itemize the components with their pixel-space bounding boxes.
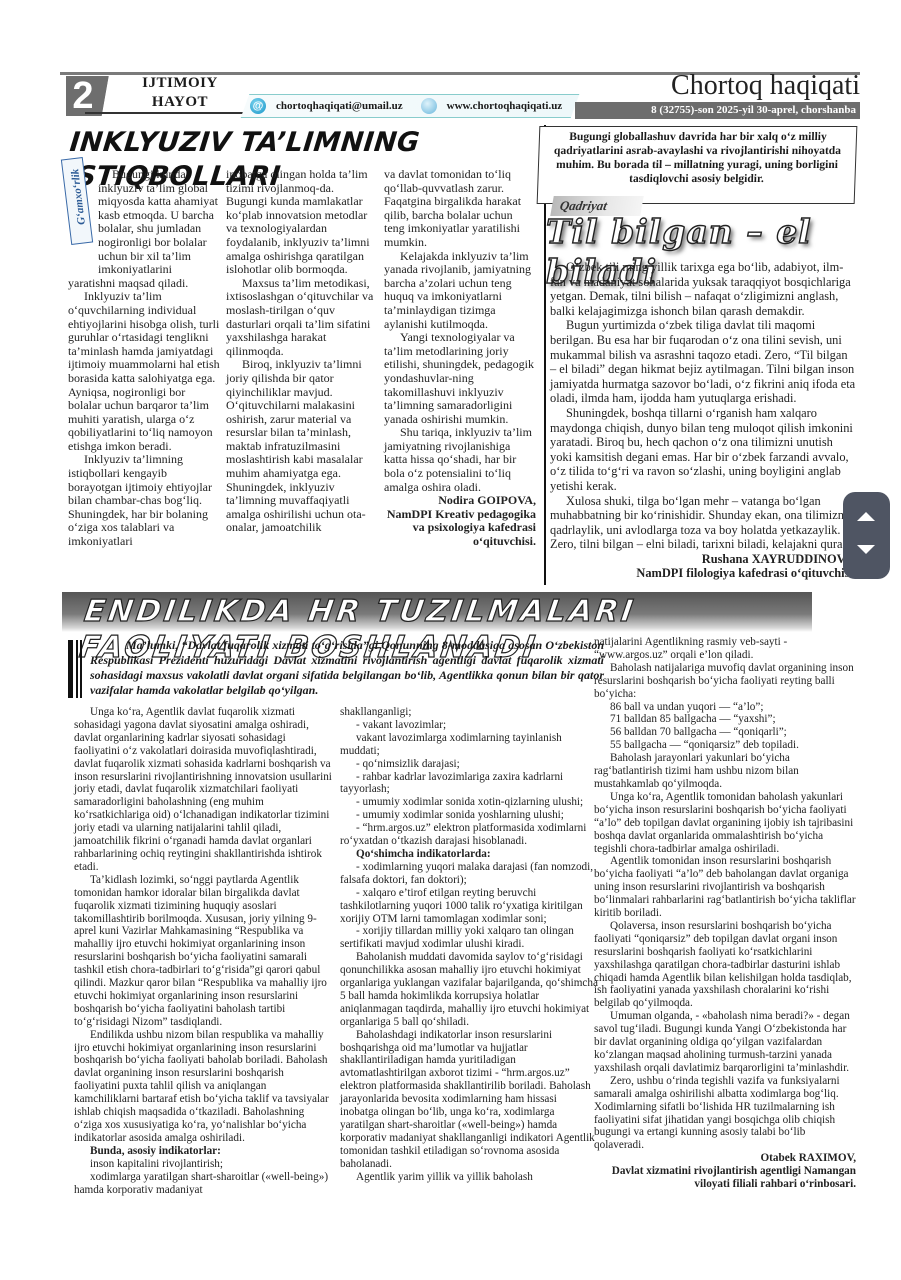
article2-para: Xulosa shuki, tilga bo‘lgan mehr – vatan… (550, 494, 856, 552)
rating-item: 86 ball va undan yuqori — “a’lo”; (594, 701, 856, 714)
website-link[interactable]: www.chortoqhaqiqati.uz (447, 100, 563, 112)
article1-para: Shu tariqa, inklyuziv ta’lim jamiyatning… (384, 426, 536, 494)
article1-para: inobatga olingan holda ta’lim tizimi riv… (226, 168, 378, 277)
article1-para: Yangi texnologiyalar va ta’lim metodlari… (384, 331, 536, 426)
email-link[interactable]: chortoqhaqiqati@umail.uz (276, 100, 403, 112)
article3-para: Baholanish muddati davomida saylov to‘g‘… (340, 951, 598, 1028)
article3-subheading: Qo‘shimcha indikatorlarda: (340, 848, 598, 861)
article3-list-item: - umumiy xodimlar sonida xotin-qizlarnin… (340, 796, 598, 809)
article3-col3: natijalarini Agentlikning rasmiy veb-say… (594, 636, 856, 1191)
article1-para: Inklyuziv ta’limning istiqbollari kengay… (68, 453, 220, 548)
article3-para: Unga ko‘ra, Agentlik davlat fuqarolik xi… (74, 706, 332, 874)
article3-col2: shakllanganligi; - vakant lavozimlar; va… (340, 706, 598, 1184)
article1-para: Bugungi kunda inklyuziv ta’lim global mi… (68, 168, 220, 290)
article1-para: Biroq, inklyuziv ta’limni joriy qilishda… (226, 358, 378, 535)
globe-icon (421, 98, 437, 114)
article3-para: natijalarini Agentlikning rasmiy veb-say… (594, 636, 856, 662)
article1-col3: va davlat tomonidan to‘liq qo‘llab-quvva… (384, 168, 536, 549)
article3-list-item: - xalqaro e’tirof etilgan reyting beruvc… (340, 887, 598, 926)
section-line-2: HAYOT (130, 93, 230, 112)
article3-list-item: vakant lavozimlarga xodimlarning tayinla… (340, 732, 598, 758)
article3-intro: Ma’lumki, “Davlat fuqarolik xizmati to‘g… (90, 638, 604, 698)
article3-para: Agentlik yarim yillik va yillik baholash (340, 1171, 598, 1184)
issue-info: 8 (32755)-son 2025-yil 30-aprel, chorsha… (575, 102, 860, 119)
section-line-1: IJTIMOIY (130, 74, 230, 93)
article3-list-item: - xorijiy tillardan milliy yoki xalqaro … (340, 925, 598, 951)
article3-author: Otabek RAXIMOV, (594, 1152, 856, 1165)
article3-list-item: - qo‘nimsizlik darajasi; (340, 758, 598, 771)
article3-list-item: xodimlarga yaratilgan shart-sharoitlar (… (74, 1171, 332, 1197)
article3-list-item: - xodimlarning yuqori malaka darajasi (f… (340, 861, 598, 887)
section-underline (85, 112, 245, 114)
article1-col2: inobatga olingan holda ta’lim tizimi riv… (226, 168, 378, 535)
article3-para: Baholash natijalariga muvofiq davlat org… (594, 662, 856, 701)
article3-subheading: Bunda, asosiy indikatorlar: (74, 1145, 332, 1158)
page-number: 2 (66, 76, 100, 116)
article2-lead: Bugungi globallashuv davrida har bir xal… (537, 126, 858, 204)
article2-author: Rushana XAYRUDDINOVA, (550, 552, 856, 567)
at-icon: @ (250, 98, 266, 114)
article3-para: Baholashdagi indikatorlar inson resursla… (340, 1029, 598, 1171)
article3-author-position: Davlat xizmatini rivojlantirish agentlig… (594, 1165, 856, 1191)
rating-item: 55 ballgacha — “qoniqarsiz” deb topiladi… (594, 739, 856, 752)
article3-list-item: - vakant lavozimlar; (340, 719, 598, 732)
article3-para: Baholash jarayonlari yakunlari bo‘yicha … (594, 752, 856, 791)
article2-author-position: NamDPI filologiya kafedrasi o‘qituvchisi… (550, 566, 856, 581)
section-name: IJTIMOIY HAYOT (130, 74, 230, 112)
decorative-bars (68, 640, 82, 698)
article3-para: Umuman olganda, - «baholash nima beradi?… (594, 1010, 856, 1075)
rating-item: 56 balldan 70 ballgacha — “qoniqarli”; (594, 726, 856, 739)
article2-para: Shuningdek, boshqa tillarni o‘rganish ha… (550, 406, 856, 494)
article1-para: Inklyuziv ta’lim o‘quvchilarning individ… (68, 290, 220, 453)
article3-para: Qolaversa, inson resurslarini boshqarish… (594, 920, 856, 1010)
page-header: 2 IJTIMOIY HAYOT @ chortoqhaqiqati@umail… (60, 70, 860, 120)
article3-para: Agentlik tomonidan inson resurslarini bo… (594, 855, 856, 920)
article3-para: Ta’kidlash lozimki, so‘nggi paytlarda Ag… (74, 874, 332, 1029)
article3-list-item: - rahbar kadrlar lavozimlariga zaxira ka… (340, 771, 598, 797)
article1-author-position: NamDPI Kreativ pedagogika va psixologiya… (384, 508, 536, 549)
scroll-widget[interactable] (843, 492, 890, 579)
newspaper-page: 2 IJTIMOIY HAYOT @ chortoqhaqiqati@umail… (60, 70, 860, 1220)
article1-para: va davlat tomonidan to‘liq qo‘llab-quvva… (384, 168, 536, 250)
page-number-slant (98, 76, 112, 116)
article1-col1-text: Bugungi kunda inklyuziv ta’lim global mi… (68, 168, 220, 549)
article3-para: Unga ko‘ra, Agentlik tomonidan baholash … (594, 791, 856, 856)
article2-para: Bugun yurtimizda o‘zbek tiliga davlat ti… (550, 318, 856, 406)
article2-body: O‘zbek tili ming yillik tarixga ega bo‘l… (550, 260, 856, 581)
triangle-down-icon[interactable] (857, 545, 875, 554)
article1-author: Nodira GOIPOVA, (384, 494, 536, 508)
rating-item: 71 balldan 85 ballgacha — “yaxshi”; (594, 713, 856, 726)
article1-para: Maxsus ta’lim metodikasi, ixtisoslashgan… (226, 277, 378, 359)
contact-info: @ chortoqhaqiqati@umail.uz www.chortoqha… (250, 96, 570, 116)
article3-list-item: - umumiy xodimlar sonida yoshlarning ulu… (340, 809, 598, 822)
article3-list-item: - “hrm.argos.uz” elektron platformasida … (340, 822, 598, 848)
article3-col1: Unga ko‘ra, Agentlik davlat fuqarolik xi… (74, 706, 332, 1196)
article1-para: Kelajakda inklyuziv ta’lim yanada rivojl… (384, 250, 536, 332)
article3-para: Zero, ushbu o‘rinda tegishli vazifa va f… (594, 1075, 856, 1152)
article3-list-item: inson kapitalini rivojlantirish; (74, 1158, 332, 1171)
triangle-up-icon[interactable] (857, 512, 875, 521)
article2-para: O‘zbek tili ming yillik tarixga ega bo‘l… (550, 260, 856, 318)
article3-list-item: shakllanganligi; (340, 706, 598, 719)
article3-para: Endilikda ushbu nizom bilan respublika v… (74, 1029, 332, 1145)
newspaper-title: Chortoq haqiqati (671, 70, 860, 102)
